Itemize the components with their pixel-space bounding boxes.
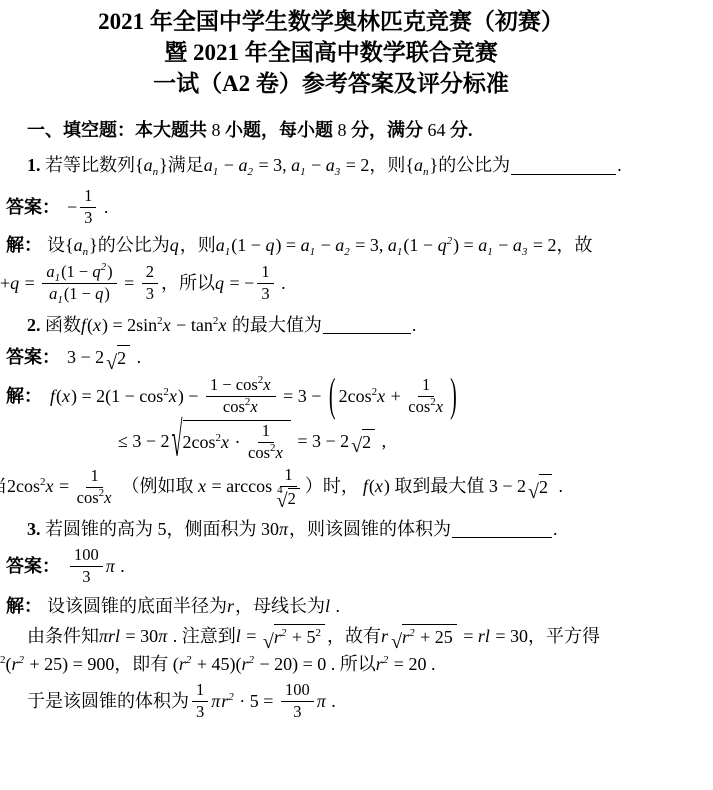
fraction: 1cos2x bbox=[248, 422, 284, 463]
math-variable: x bbox=[276, 444, 284, 463]
text-run: 2 bbox=[539, 476, 548, 499]
text-run: (1 − bbox=[231, 234, 265, 257]
radical: √2 bbox=[528, 474, 552, 499]
math-variable: x bbox=[169, 385, 178, 408]
text-run: ，则 bbox=[180, 234, 216, 257]
math-variable: π bbox=[317, 690, 327, 713]
text-run: 2cos2 bbox=[7, 475, 46, 498]
math-variable: r2 bbox=[274, 626, 288, 649]
text-run: , bbox=[377, 430, 386, 453]
text-run: 64 bbox=[428, 119, 446, 142]
text-run: . bbox=[327, 690, 336, 713]
text-run: − bbox=[307, 154, 326, 177]
math-variable: a1 bbox=[46, 263, 61, 282]
math-variable: x bbox=[250, 398, 258, 417]
document-page: 2021 年全国中学生数学奥林匹克竞赛（初赛） 暨 2021 年全国高中数学联合… bbox=[0, 0, 713, 790]
text-run: + bbox=[386, 385, 405, 408]
text-run: . bbox=[132, 346, 141, 369]
radical-sign: √ bbox=[351, 436, 362, 456]
math-variable: x bbox=[375, 475, 384, 498]
big-paren: ) bbox=[450, 366, 457, 427]
text-run: 3. bbox=[27, 518, 41, 541]
math-variable: q bbox=[215, 272, 225, 295]
radical: √r2 + 25 bbox=[391, 624, 457, 649]
fraction-denominator: cos2x bbox=[408, 397, 444, 417]
text-run: + bbox=[0, 272, 10, 295]
fraction: 1 − cos2xcos2x bbox=[206, 376, 276, 417]
text-run: 2 bbox=[288, 490, 296, 509]
fraction: a1(1 − q2)a1(1 − q) bbox=[42, 263, 116, 304]
text-run: 1. bbox=[27, 154, 41, 177]
text-run: 分. bbox=[446, 119, 473, 142]
fraction: 23 bbox=[142, 263, 158, 304]
math-variable: x bbox=[93, 314, 102, 337]
text-run: cos2 bbox=[223, 398, 251, 417]
radicand: 2 bbox=[117, 345, 130, 370]
text-run: } bbox=[89, 234, 98, 257]
problem-1: 1. 若等比数列{an}满足a1 − a2 = 3, a1 − a3 = 2，则… bbox=[27, 154, 713, 177]
text-run: · 5 = bbox=[235, 690, 278, 713]
text-run: ) = 2sin2 bbox=[102, 314, 163, 337]
fraction-denominator: a1(1 − q) bbox=[49, 284, 110, 304]
text-run: 1 bbox=[196, 681, 204, 700]
text-run: 分，满分 bbox=[347, 119, 428, 142]
math-variable: q bbox=[170, 234, 180, 257]
text-run: 3 bbox=[196, 703, 204, 722]
text-run: ≤ 3 − 2 bbox=[118, 430, 170, 453]
text-run: = bbox=[459, 625, 478, 648]
math-variable: a1 bbox=[204, 154, 220, 177]
fraction: 1cos2x bbox=[77, 467, 113, 508]
text-run: 答案： bbox=[6, 555, 60, 578]
text-run: 小题，每小题 bbox=[221, 119, 338, 142]
answer-blank bbox=[511, 155, 616, 175]
fraction-denominator: 3 bbox=[261, 284, 269, 304]
math-variable: r2 bbox=[376, 653, 390, 676]
fraction: 14√2 bbox=[275, 466, 302, 509]
text-run: . bbox=[99, 196, 108, 219]
text-run: . bbox=[116, 555, 125, 578]
text-run: . bbox=[617, 154, 622, 177]
solution-3b: 由条件知πrl = 30π . 注意到l = √r2 + 52，故有r√r2 +… bbox=[27, 624, 713, 649]
text-run: cos2 bbox=[248, 444, 276, 463]
math-variable: a2 bbox=[238, 154, 254, 177]
answer-1: 答案：−13 . bbox=[6, 187, 713, 228]
math-variable: π bbox=[158, 625, 168, 648]
math-variable: r bbox=[381, 625, 389, 648]
text-run: 解： bbox=[6, 234, 42, 257]
radical: 4√2 bbox=[277, 488, 300, 509]
text-run: 由条件知 bbox=[27, 625, 99, 648]
math-variable: r2 bbox=[402, 626, 416, 649]
text-run: = − bbox=[225, 272, 254, 295]
text-run: = bbox=[242, 625, 261, 648]
text-run: − bbox=[219, 154, 238, 177]
text-run: (1 − bbox=[61, 263, 92, 282]
text-run: 1 bbox=[90, 467, 98, 486]
fraction-numerator: 2 bbox=[142, 263, 158, 284]
answer-blank bbox=[323, 314, 411, 334]
text-run: = bbox=[20, 272, 39, 295]
text-run: （例如取 bbox=[121, 475, 198, 498]
text-run: = 2，则 bbox=[341, 154, 405, 177]
math-variable: x bbox=[104, 489, 112, 508]
text-run: (1 − bbox=[64, 285, 95, 304]
text-run: − bbox=[494, 234, 513, 257]
text-run: 1 − cos2 bbox=[210, 376, 263, 395]
text-run: ) bbox=[104, 285, 110, 304]
text-run: 一、填空题：本大题共 bbox=[27, 119, 212, 142]
math-variable: x bbox=[163, 314, 172, 337]
text-run: { bbox=[65, 234, 74, 257]
text-run: 设 bbox=[47, 234, 65, 257]
text-run: cos2 bbox=[408, 398, 436, 417]
solution-1b: +q = a1(1 − q2)a1(1 − q) = 23，所以q = −13 … bbox=[0, 263, 713, 304]
math-variable: r bbox=[227, 595, 235, 618]
text-run: 设该圆锥的底面半径为 bbox=[47, 595, 227, 618]
fraction-denominator: 3 bbox=[293, 702, 301, 722]
text-run: = arccos bbox=[207, 475, 272, 498]
fraction-numerator: 1 − cos2x bbox=[206, 376, 276, 397]
text-run: . bbox=[554, 475, 563, 498]
math-variable: q2 bbox=[92, 263, 107, 282]
fraction-numerator: 100 bbox=[281, 681, 314, 702]
text-run: = 20 . bbox=[389, 653, 435, 676]
text-run: . bbox=[331, 595, 340, 618]
math-variable: q bbox=[265, 234, 275, 257]
text-run: − bbox=[67, 196, 77, 219]
text-run: · bbox=[230, 431, 245, 454]
fraction: 1cos2x bbox=[408, 376, 444, 417]
radical: √2 bbox=[106, 345, 130, 370]
fraction-numerator: a1(1 − q2) bbox=[42, 263, 116, 284]
math-variable: x bbox=[198, 475, 207, 498]
math-variable: x bbox=[221, 431, 230, 454]
text-run: = 2，故 bbox=[528, 234, 592, 257]
text-run: 3 bbox=[293, 703, 301, 722]
text-run: { bbox=[135, 154, 144, 177]
text-run: 答案： bbox=[6, 346, 60, 369]
title-line-1: 2021 年全国中学生数学奥林匹克竞赛（初赛） bbox=[0, 6, 662, 37]
text-run: ) = bbox=[275, 234, 300, 257]
text-run: 解： bbox=[6, 595, 42, 618]
math-variable: πrl bbox=[99, 625, 121, 648]
answer-2: 答案：3 − 2√2 . bbox=[6, 345, 713, 370]
text-run: = 3 − 2 bbox=[293, 430, 349, 453]
text-run: 2 bbox=[117, 347, 126, 370]
math-variable: a1 bbox=[291, 154, 307, 177]
text-run: ，则该圆锥的体积为 bbox=[289, 518, 451, 541]
math-variable: a2 bbox=[335, 234, 351, 257]
fraction: 1003 bbox=[70, 546, 103, 587]
math-variable: a3 bbox=[326, 154, 342, 177]
radicand: 2 bbox=[362, 429, 375, 454]
math-variable: x bbox=[436, 398, 444, 417]
text-run: ，所以 bbox=[161, 272, 215, 295]
solution-2a: 解：f(x) = 2(1 − cos2x) − 1 − cos2xcos2x =… bbox=[6, 376, 713, 417]
math-variable: π bbox=[106, 555, 116, 578]
text-run: 的最大值为 bbox=[227, 314, 322, 337]
radical-sign: √ bbox=[277, 491, 288, 511]
text-run: = 30 bbox=[121, 625, 158, 648]
fraction-numerator: 1 bbox=[80, 187, 96, 208]
math-variable: x bbox=[62, 385, 71, 408]
text-run: = bbox=[55, 475, 74, 498]
solution-2b: ≤ 3 − 2√2cos2x · 1cos2x = 3 − 2√2 , bbox=[118, 420, 713, 463]
text-run: = 3 − bbox=[279, 385, 326, 408]
text-run: 1 bbox=[84, 187, 92, 206]
radical-sign: √ bbox=[528, 482, 539, 502]
fraction-numerator: 1 bbox=[258, 422, 274, 443]
answer-3: 答案：1003π . bbox=[6, 546, 713, 587]
fraction-numerator: 1 bbox=[86, 467, 102, 488]
math-variable: x bbox=[46, 475, 55, 498]
text-run: 满足 bbox=[168, 154, 204, 177]
radical-sign: √ bbox=[263, 632, 274, 652]
text-run: } bbox=[430, 154, 439, 177]
fraction-denominator: 4√2 bbox=[275, 487, 302, 509]
radicand: 2 bbox=[288, 488, 300, 509]
text-run: = bbox=[120, 272, 139, 295]
fraction-numerator: 1 bbox=[257, 263, 273, 284]
fraction-denominator: 3 bbox=[146, 284, 154, 304]
math-variable: a3 bbox=[513, 234, 529, 257]
math-variable: r2 bbox=[12, 653, 26, 676]
math-variable: x bbox=[377, 385, 386, 408]
fraction-denominator: 3 bbox=[84, 208, 92, 228]
text-run: 1 bbox=[262, 422, 270, 441]
text-run: − tan2 bbox=[172, 314, 219, 337]
text-run: 3 bbox=[82, 568, 90, 587]
text-run: 答案： bbox=[6, 196, 60, 219]
text-run: − bbox=[316, 234, 335, 257]
problem-2: 2. 函数f(x) = 2sin2x − tan2x 的最大值为. bbox=[27, 314, 713, 337]
text-run: 解： bbox=[6, 385, 42, 408]
text-run: 3 bbox=[84, 209, 92, 228]
text-run: + 25) = 900，即有 ( bbox=[25, 653, 179, 676]
fraction-numerator: 1 bbox=[192, 681, 208, 702]
text-run: 8 bbox=[212, 119, 221, 142]
math-variable: an bbox=[74, 234, 90, 257]
text-run: 2. bbox=[27, 314, 41, 337]
text-run: } bbox=[159, 154, 168, 177]
fraction: 13 bbox=[192, 681, 208, 722]
fraction: 13 bbox=[257, 263, 273, 304]
text-run: + 45)( bbox=[192, 653, 241, 676]
text-run: ) bbox=[107, 263, 113, 282]
text-run: (1 − bbox=[403, 234, 437, 257]
text-run: 若等比数列 bbox=[41, 154, 136, 177]
radical: √r2 + 52 bbox=[263, 624, 325, 649]
text-run: { bbox=[405, 154, 414, 177]
math-variable: q bbox=[95, 285, 104, 304]
fraction-denominator: cos2x bbox=[248, 443, 284, 463]
text-run: ) = 2(1 − cos2 bbox=[71, 385, 169, 408]
math-variable: q2 bbox=[438, 234, 454, 257]
fraction-denominator: cos2x bbox=[77, 488, 113, 508]
text-run: 2cos2 bbox=[339, 385, 378, 408]
text-run: + 52 bbox=[287, 626, 321, 649]
math-variable: r2 bbox=[179, 653, 193, 676]
solution-3c: 2(r2 + 25) = 900，即有 (r2 + 45)(r2 − 20) =… bbox=[0, 653, 713, 676]
solution-2c: 当2cos2x = 1cos2x（例如取 x = arccos14√2）时，f(… bbox=[0, 466, 713, 509]
math-variable: π bbox=[279, 518, 289, 541]
radicand: r2 + 52 bbox=[274, 624, 325, 649]
clipped-char: 当 bbox=[0, 475, 7, 499]
text-run: 3 − 2 bbox=[67, 346, 104, 369]
text-run: 若圆锥的高为 5，侧面积为 30 bbox=[41, 518, 280, 541]
math-variable: a1 bbox=[478, 234, 494, 257]
big-paren: ( bbox=[329, 366, 336, 427]
fraction-numerator: 1 bbox=[418, 376, 434, 397]
text-run: 1 bbox=[284, 466, 292, 485]
math-variable: an bbox=[414, 154, 430, 177]
text-run: ）时， bbox=[305, 475, 359, 498]
text-run: 2 bbox=[362, 431, 371, 454]
text-run: . bbox=[553, 518, 558, 541]
math-variable: rl bbox=[478, 625, 491, 648]
text-run: cos2 bbox=[77, 489, 105, 508]
fraction-numerator: 100 bbox=[70, 546, 103, 567]
solution-1a: 解：设{an}的公比为q，则a1(1 − q) = a1 − a2 = 3, a… bbox=[6, 234, 713, 257]
title-line-2: 暨 2021 年全国高中数学联合竞赛 bbox=[0, 37, 662, 68]
text-run: . 注意到 bbox=[168, 625, 236, 648]
text-run: 2 bbox=[146, 263, 154, 282]
text-run: − 20) = 0 . 所以 bbox=[255, 653, 376, 676]
text-run: ) − bbox=[178, 385, 203, 408]
text-run: = 30，平方得 bbox=[491, 625, 600, 648]
radical: √2 bbox=[351, 429, 375, 454]
title-line-3: 一试（A2 卷）参考答案及评分标准 bbox=[0, 68, 662, 99]
math-variable: r2 bbox=[241, 653, 255, 676]
radical-sign: √ bbox=[172, 416, 183, 465]
text-run: ) = bbox=[453, 234, 478, 257]
text-run: 3 bbox=[146, 285, 154, 304]
fraction-denominator: 3 bbox=[196, 702, 204, 722]
math-variable: an bbox=[144, 154, 160, 177]
document-title: 2021 年全国中学生数学奥林匹克竞赛（初赛） 暨 2021 年全国高中数学联合… bbox=[0, 0, 662, 99]
math-variable: a1 bbox=[216, 234, 232, 257]
radicand: 2cos2x · 1cos2x bbox=[183, 420, 291, 463]
text-run: . bbox=[277, 272, 286, 295]
text-run: 100 bbox=[74, 546, 99, 565]
text-run: 1 bbox=[261, 263, 269, 282]
radical: √2cos2x · 1cos2x bbox=[172, 420, 291, 463]
text-run: . bbox=[412, 314, 417, 337]
math-variable: a1 bbox=[49, 285, 64, 304]
answer-blank bbox=[452, 518, 552, 538]
radical-sign: √ bbox=[106, 353, 117, 373]
text-run: 100 bbox=[285, 681, 310, 700]
math-variable: π bbox=[211, 690, 221, 713]
text-run: + 25 bbox=[416, 626, 453, 649]
fraction: 13 bbox=[80, 187, 96, 228]
fraction: 1003 bbox=[281, 681, 314, 722]
fraction-denominator: 3 bbox=[82, 567, 90, 587]
text-run: = 3, bbox=[351, 234, 388, 257]
radicand: r2 + 25 bbox=[402, 624, 457, 649]
text-run: ，故有 bbox=[327, 625, 381, 648]
math-variable: q bbox=[10, 272, 20, 295]
text-run: 3 bbox=[261, 285, 269, 304]
text-run: 的公比为 bbox=[98, 234, 170, 257]
text-run: 1 bbox=[422, 376, 430, 395]
text-run: ) 取到最大值 3 − 2 bbox=[384, 475, 526, 498]
text-run: = 3, bbox=[254, 154, 291, 177]
radicand: 2 bbox=[539, 474, 552, 499]
solution-3a: 解：设该圆锥的底面半径为r，母线长为l . bbox=[6, 595, 713, 618]
text-run: 的公比为 bbox=[438, 154, 510, 177]
text-run: 于是该圆锥的体积为 bbox=[27, 690, 189, 713]
math-variable: a1 bbox=[388, 234, 404, 257]
math-variable: x bbox=[218, 314, 227, 337]
text-run: 函数 bbox=[41, 314, 82, 337]
math-variable: x bbox=[263, 376, 271, 395]
solution-3d: 于是该圆锥的体积为13πr2 · 5 = 1003π . bbox=[27, 681, 713, 722]
problem-3: 3. 若圆锥的高为 5，侧面积为 30π，则该圆锥的体积为. bbox=[27, 518, 713, 541]
text-run: 2cos2 bbox=[183, 431, 222, 454]
text-run: ，母线长为 bbox=[235, 595, 325, 618]
fraction-denominator: cos2x bbox=[223, 397, 259, 417]
clipped-char-glyph: 当 bbox=[0, 475, 7, 498]
math-variable: a1 bbox=[301, 234, 317, 257]
text-run: 8 bbox=[338, 119, 347, 142]
math-variable: r2 bbox=[221, 690, 235, 713]
radical-sign: √ bbox=[391, 632, 402, 652]
document-body: 一、填空题：本大题共 8 小题，每小题 8 分，满分 64 分.1. 若等比数列… bbox=[0, 119, 713, 722]
section-heading: 一、填空题：本大题共 8 小题，每小题 8 分，满分 64 分. bbox=[27, 119, 713, 142]
